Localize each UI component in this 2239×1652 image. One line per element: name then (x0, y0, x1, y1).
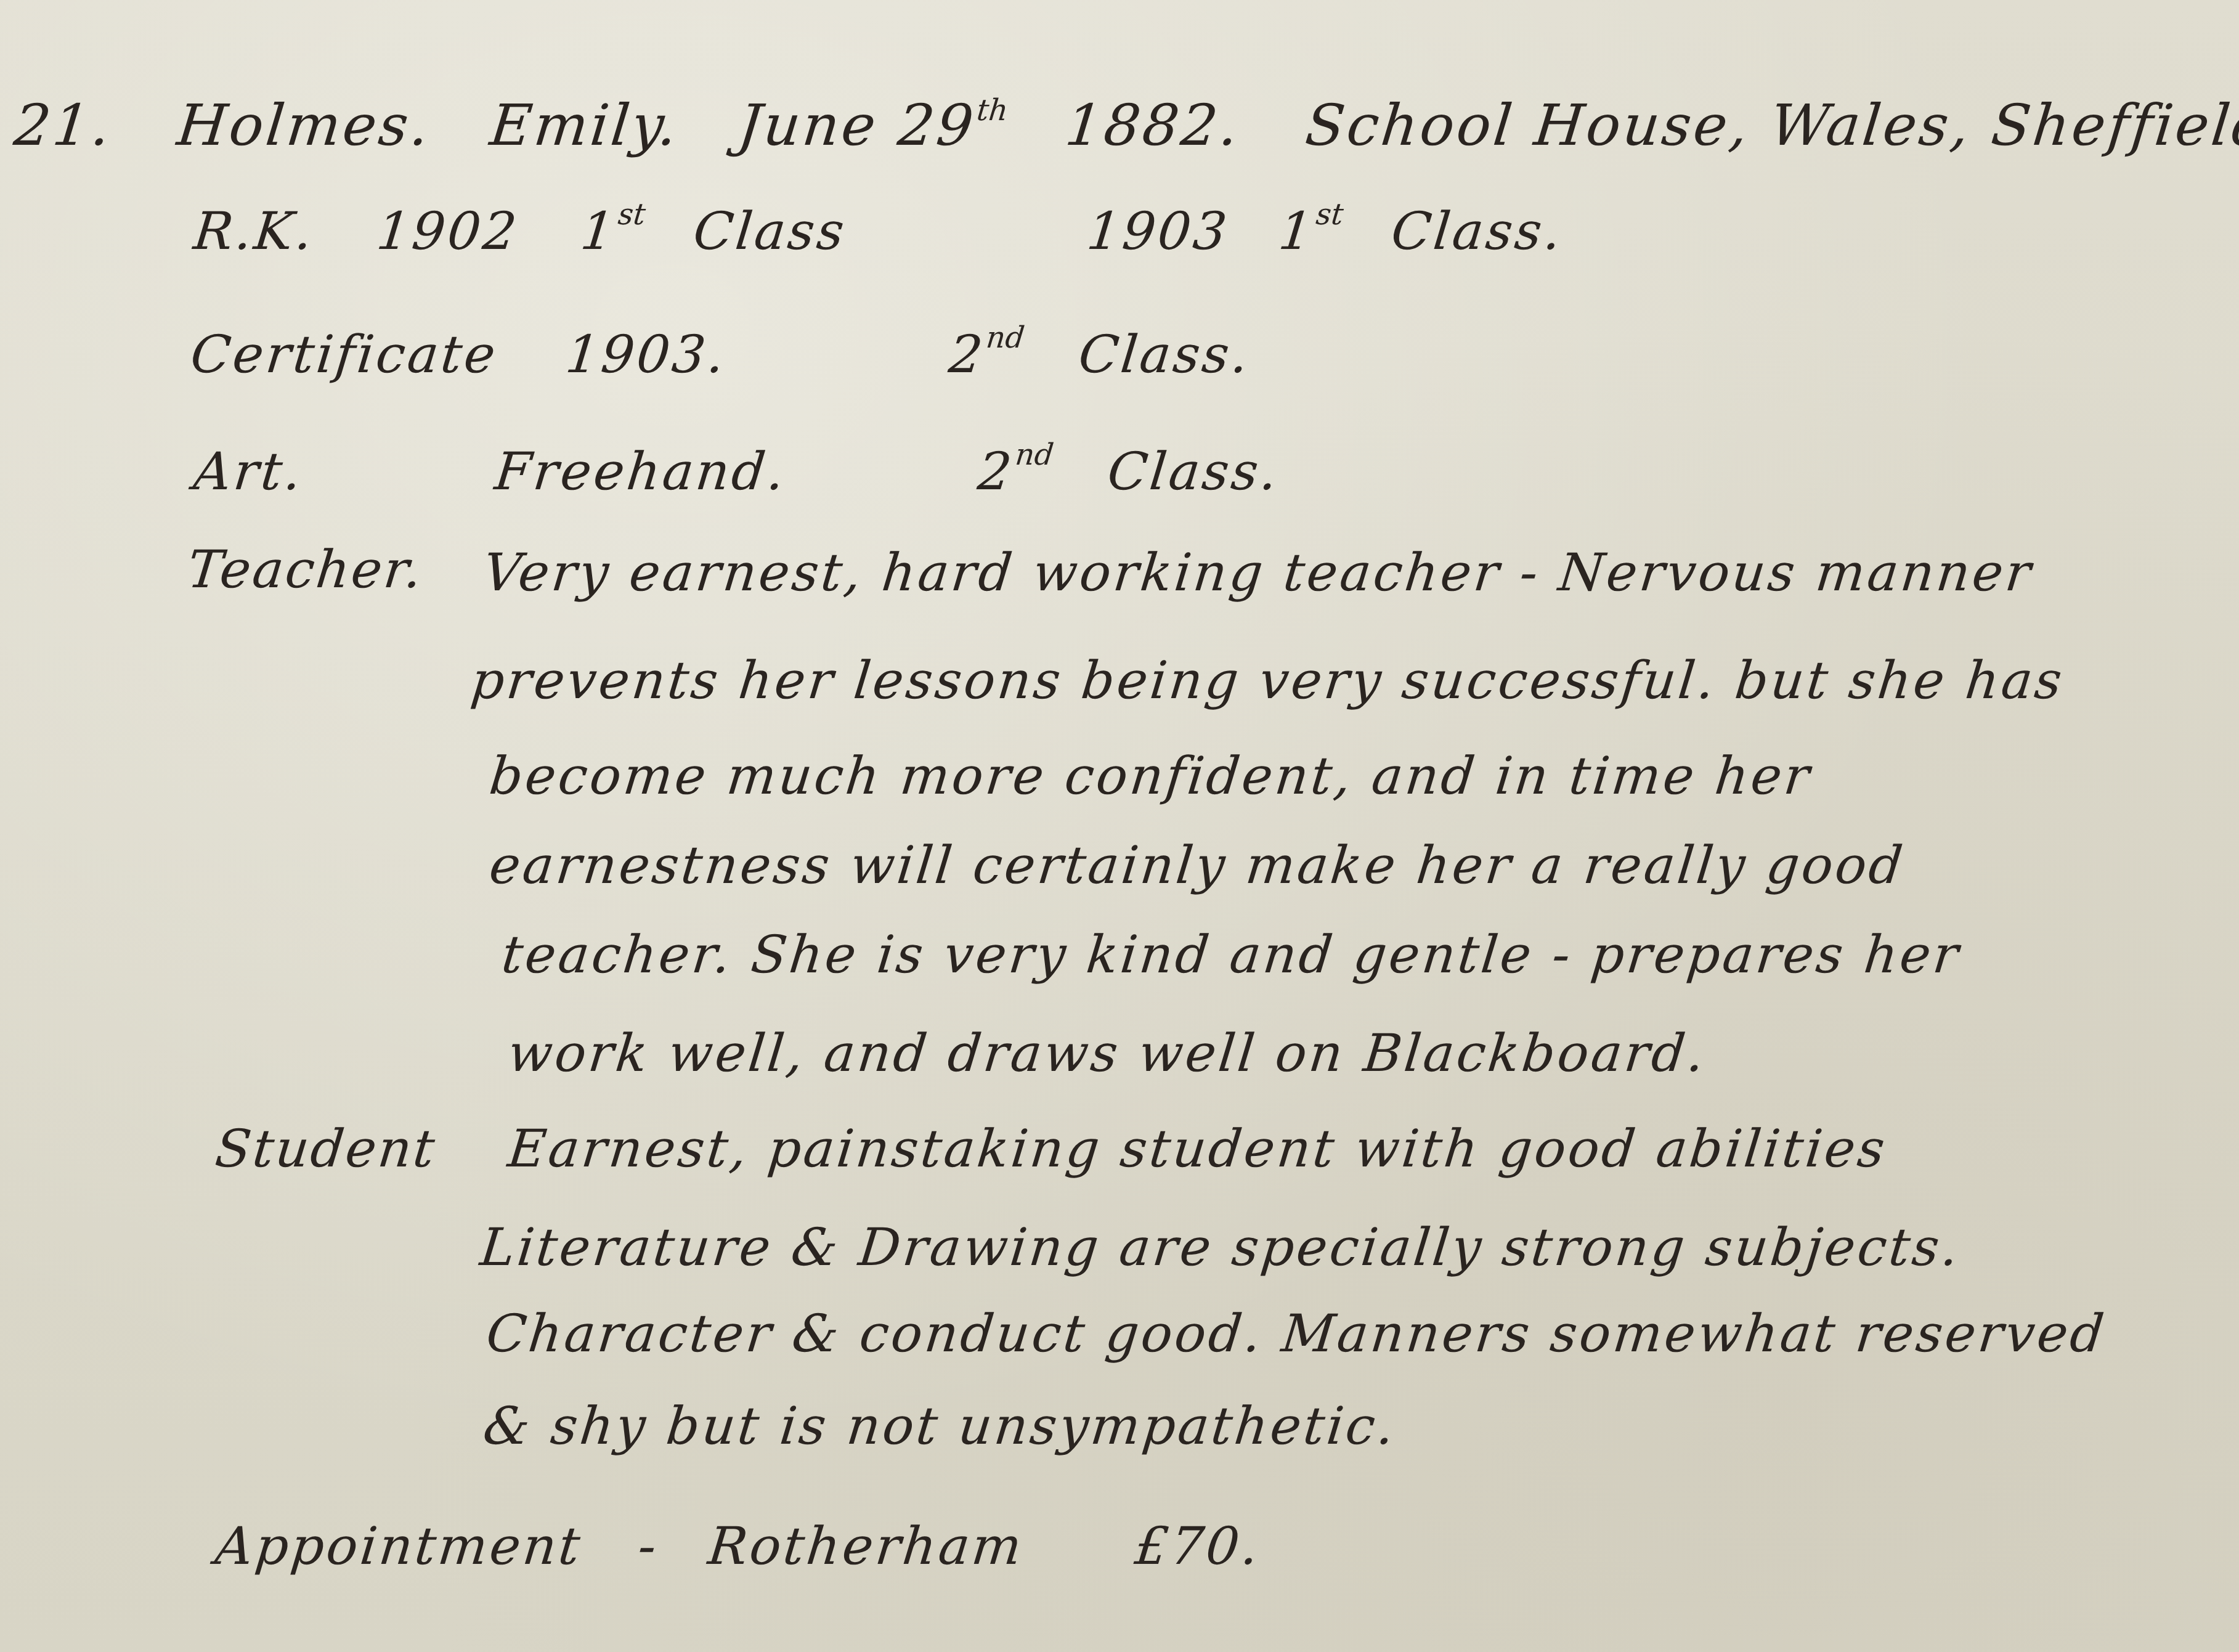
rk-label: R.K. (191, 201, 318, 261)
appointment-salary: £70. (1132, 1516, 1264, 1576)
student-remark-line: Character & conduct good. Manners somewh… (484, 1303, 2109, 1364)
teacher-label: Teacher. (185, 539, 426, 600)
record-header: 21. Holmes. Emily. June 29th 1882. Schoo… (11, 92, 2239, 158)
appointment-label: Appointment (213, 1516, 585, 1576)
student-remark-line: Earnest, painstaking student with good a… (505, 1118, 1890, 1179)
appointment-separator: - (635, 1516, 662, 1576)
student-label: Student (213, 1118, 439, 1179)
entry-number: 21. (11, 92, 116, 158)
certificate-class-word: Class. (1076, 324, 1253, 385)
certificate-year: 1903. (563, 324, 730, 385)
address: School House, Wales, Sheffield. (1302, 92, 2239, 158)
rk-class-1-num: 1 (578, 201, 620, 261)
rk-class-1-word: Class (691, 201, 850, 261)
surname: Holmes. (174, 92, 434, 158)
rk-row: R.K. 1902 1st Class 1903 1st Class. (191, 197, 1567, 261)
certificate-label: Certificate (188, 324, 501, 385)
teacher-remark-line: become much more confident, and in time … (487, 746, 1814, 806)
art-class-word: Class. (1105, 441, 1282, 502)
certificate-row: Certificate 1903. 2nd Class. (188, 320, 1254, 385)
birth-date-suffix: th (975, 93, 1010, 128)
student-remark-line: & shy but is not unsympathetic. (481, 1396, 1399, 1456)
birth-year: 1882. (1062, 92, 1244, 158)
art-class-suffix: nd (1014, 437, 1055, 472)
rk-class-1-suffix: st (616, 197, 647, 232)
teacher-remark-line: teacher. She is very kind and gentle - p… (499, 924, 1964, 985)
teacher-remark-line: prevents her lessons being very successf… (468, 650, 2067, 710)
birth-date: June 29 (735, 92, 978, 158)
forename: Emily. (487, 92, 683, 158)
rk-class-2-suffix: st (1314, 197, 1345, 232)
appointment-row: Appointment - Rotherham £70. (213, 1516, 1264, 1576)
art-class-num: 2 (975, 441, 1017, 502)
art-subject: Freehand. (492, 441, 790, 502)
certificate-class-num: 2 (946, 324, 988, 385)
art-label: Art. (191, 441, 307, 502)
art-row: Art. Freehand. 2nd Class. (191, 437, 1283, 502)
teacher-remark-line: work well, and draws well on Blackboard. (505, 1023, 1710, 1083)
rk-year-1: 1902 (374, 201, 522, 261)
rk-class-2-num: 1 (1276, 201, 1318, 261)
rk-year-2: 1903 (1084, 201, 1232, 261)
document-page: 21. Holmes. Emily. June 29th 1882. Schoo… (0, 0, 2239, 1652)
teacher-remark-line: Very earnest, hard working teacher - Ner… (481, 542, 2036, 603)
rk-class-2-word: Class. (1389, 201, 1566, 261)
teacher-remark-line: earnestness will certainly make her a re… (487, 835, 1908, 895)
student-remark-line: Literature & Drawing are specially stron… (477, 1217, 1964, 1277)
certificate-class-suffix: nd (985, 320, 1026, 355)
appointment-place: Rotherham (705, 1516, 1027, 1576)
